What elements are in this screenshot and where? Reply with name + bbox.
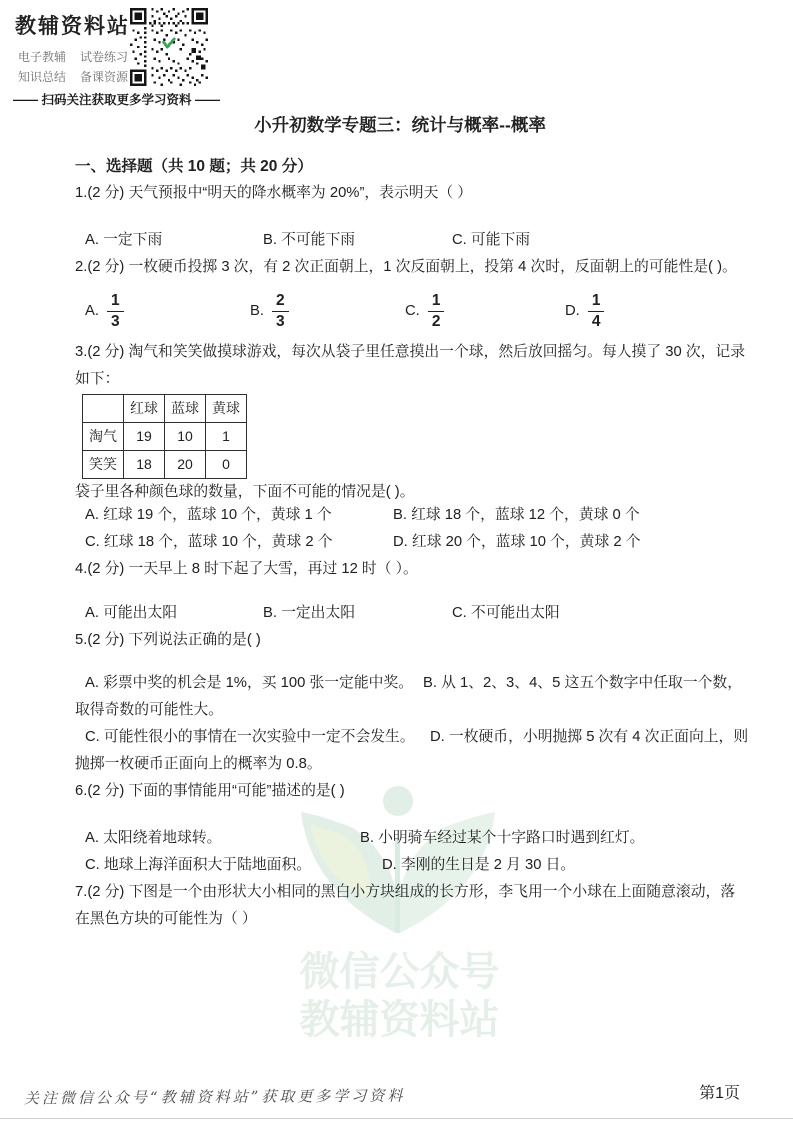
qr-code-icon [130,8,208,86]
header-divider-note: —— 扫码关注获取更多学习资料 —— [13,90,220,108]
footer-note: 关注微信公众号“教辅资料站”获取更多学习资料 [24,1085,405,1109]
option-c: C. 可能下雨 [452,227,725,254]
option-label: B. [250,298,264,325]
page-number: 第1页 [699,1080,740,1103]
option-c: C. 地球上海洋面积大于陆地面积。 [85,852,382,879]
watermark-text: 微信公众号 教辅资料站 [297,948,502,1044]
option-a: A. 可能出太阳 [85,600,263,627]
question-4-stem: 4.(2 分) 一天早上 8 时下起了大雪，再过 12 时（ ）。 [75,556,725,583]
section-heading: 一、选择题（共 10 题；共 20 分） [75,153,725,180]
tag-item: 试卷练习 [80,48,128,65]
table-row: 笑笑 18 20 0 [83,451,247,479]
cell: 1 [206,423,247,451]
option-d: D. 1 4 [565,291,604,332]
cell: 0 [206,451,247,479]
row-label: 淘气 [83,423,124,451]
header-cell: 蓝球 [165,395,206,423]
option-b: B. 小明骑车经过某个十字路口时遇到红灯。 [360,825,725,852]
question-3-stem-line1: 3.(2 分) 淘气和笑笑做摸球游戏，每次从袋子里任意摸出一个球，然后放回摇匀。… [75,339,725,366]
worksheet-page: 微信公众号 教辅资料站 教辅资料站 电子教辅 试卷练习 知识总结 备课资源 ——… [0,0,793,1122]
option-d: D. 李刚的生日是 2 月 30 日。 [382,852,725,879]
option-a: A. 1 3 [85,291,250,332]
option-c: C. 可能性很小的事情在一次实验中一定不会发生。 [85,724,430,751]
option-b: B. 2 3 [250,291,405,332]
option-b: B. 一定出太阳 [263,600,452,627]
fraction: 1 3 [107,291,124,332]
watermark-line2: 教辅资料站 [297,996,502,1044]
question-3-options-row1: A. 红球 19 个，蓝球 10 个，黄球 1 个 B. 红球 18 个，蓝球 … [75,502,725,529]
option-d: D. 红球 20 个，蓝球 10 个，黄球 2 个 [393,529,725,556]
option-b: B. 红球 18 个，蓝球 12 个，黄球 0 个 [393,502,725,529]
numerator: 1 [107,291,124,311]
cell: 10 [165,423,206,451]
numerator: 2 [272,291,289,311]
option-label: D. [565,298,580,325]
row-label: 笑笑 [83,451,124,479]
page-title: 小升初数学专题三：统计与概率--概率 [75,112,725,139]
option-d-continuation: 抛掷一枚硬币正面向上的概率为 0.8。 [75,751,725,778]
fraction: 1 4 [588,291,605,332]
header-cell: 黄球 [206,395,247,423]
question-6-options-row2: C. 地球上海洋面积大于陆地面积。 D. 李刚的生日是 2 月 30 日。 [75,852,725,879]
option-c: C. 红球 18 个，蓝球 10 个，黄球 2 个 [85,529,393,556]
question-1-options: A. 一定下雨 B. 不可能下雨 C. 可能下雨 [75,227,725,254]
question-2-options: A. 1 3 B. 2 3 C. 1 2 [75,283,725,339]
question-5-options-row1: A. 彩票中奖的机会是 1%，买 100 张一定能中奖。 B. 从 1、2、3、… [75,670,725,697]
worksheet-content: 小升初数学专题三：统计与概率--概率 一、选择题（共 10 题；共 20 分） … [75,112,725,933]
cell: 19 [124,423,165,451]
denominator: 3 [272,311,289,332]
question-2-stem: 2.(2 分) 一枚硬币投掷 3 次，有 2 次正面朝上，1 次反面朝上，投第 … [75,254,725,281]
header-cell: 红球 [124,395,165,423]
question-4-options: A. 可能出太阳 B. 一定出太阳 C. 不可能出太阳 [75,600,725,627]
table-header-row: 红球 蓝球 黄球 [83,395,247,423]
tag-item: 知识总结 [18,68,80,85]
option-a: A. 太阳绕着地球转。 [85,825,360,852]
question-6-stem: 6.(2 分) 下面的事情能用“可能”描述的是( ) [75,778,725,805]
option-d: D. 一枚硬币，小明抛掷 5 次有 4 次正面向上，则 [430,724,748,751]
cell: 20 [165,451,206,479]
option-c: C. 不可能出太阳 [452,600,725,627]
tag-item: 电子教辅 [18,48,80,65]
header-cell [83,395,124,423]
ball-count-table: 红球 蓝球 黄球 淘气 19 10 1 笑笑 18 20 0 [82,394,247,479]
option-b: B. 从 1、2、3、4、5 这五个数字中任取一个数， [423,670,742,697]
option-c: C. 1 2 [405,291,565,332]
option-label: A. [85,298,99,325]
option-b-continuation: 取得奇数的可能性大。 [75,697,725,724]
numerator: 1 [428,291,445,311]
question-3-stem-line2: 如下： [75,366,725,393]
brand-tagline: 电子教辅 试卷练习 知识总结 备课资源 [18,48,128,85]
table-row: 淘气 19 10 1 [83,423,247,451]
question-7-stem-line1: 7.(2 分) 下图是一个由形状大小相同的黑白小方块组成的长方形，李飞用一个小球… [75,879,725,906]
brand-logo: 教辅资料站 [15,10,130,40]
option-a: A. 红球 19 个，蓝球 10 个，黄球 1 个 [85,502,393,529]
cell: 18 [124,451,165,479]
option-b: B. 不可能下雨 [263,227,452,254]
option-a: A. 彩票中奖的机会是 1%，买 100 张一定能中奖。 [85,670,423,697]
denominator: 3 [107,311,124,332]
question-6-options-row1: A. 太阳绕着地球转。 B. 小明骑车经过某个十字路口时遇到红灯。 [75,825,725,852]
tag-item: 备课资源 [80,68,128,85]
fraction: 2 3 [272,291,289,332]
question-1-stem: 1.(2 分) 天气预报中“明天的降水概率为 20%”，表示明天（ ） [75,180,725,207]
denominator: 4 [588,311,605,332]
denominator: 2 [428,311,445,332]
numerator: 1 [588,291,605,311]
question-5-options-row2: C. 可能性很小的事情在一次实验中一定不会发生。 D. 一枚硬币，小明抛掷 5 … [75,724,725,751]
watermark-line1: 微信公众号 [297,948,502,996]
fraction: 1 2 [428,291,445,332]
bottom-rule [0,1118,793,1119]
option-a: A. 一定下雨 [85,227,263,254]
question-5-stem: 5.(2 分) 下列说法正确的是( ) [75,627,725,654]
option-label: C. [405,298,420,325]
question-7-stem-line2: 在黑色方块的可能性为（ ） [75,906,725,933]
question-3-options-row2: C. 红球 18 个，蓝球 10 个，黄球 2 个 D. 红球 20 个，蓝球 … [75,529,725,556]
